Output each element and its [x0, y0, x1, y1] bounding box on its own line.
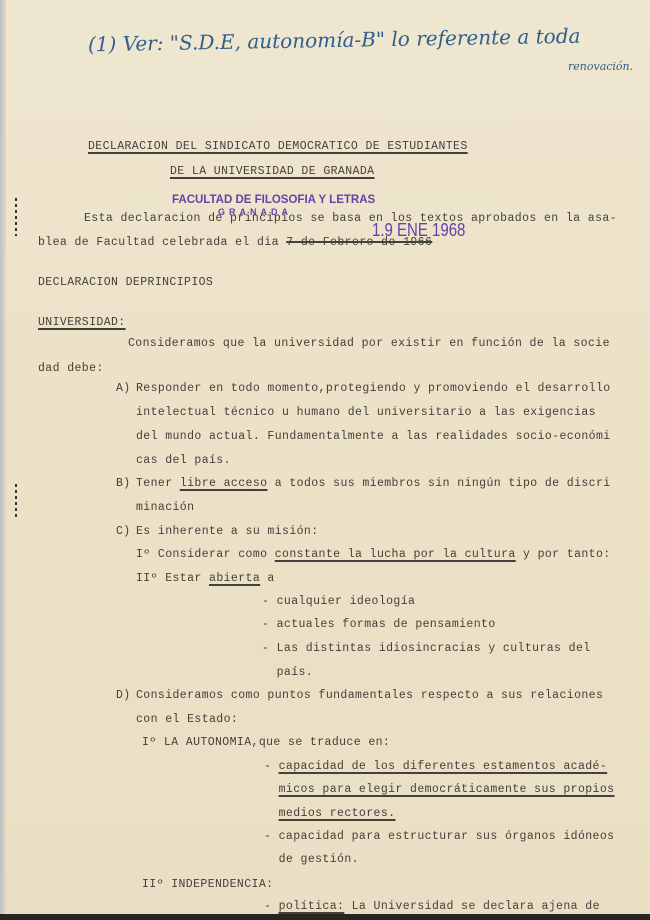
document-title-line1: DECLARACION DEL SINDICATO DEMOCRATICO DE…: [88, 140, 468, 153]
item-d-line: con el Estado:: [136, 713, 238, 726]
bullet-underlined: política:: [279, 900, 345, 913]
bullet-dash: -: [264, 900, 279, 913]
universidad-lead-cont: dad debe:: [38, 362, 104, 375]
bullet-dash: [264, 853, 279, 866]
bullet-text: de gestión.: [279, 853, 359, 866]
item-c-ii-text: IIº Estar: [136, 572, 209, 585]
autonomia-bullet: - capacidad para estructurar sus órganos…: [264, 830, 614, 843]
intro-line1: Esta declaracion de principios se basa e…: [84, 212, 617, 225]
bullet-text: medios rectores.: [279, 807, 396, 820]
universidad-heading: UNIVERSIDAD:: [38, 316, 126, 329]
item-c-text: Es inherente a su misión:: [136, 525, 319, 538]
bullet-text: La Universidad se declara ajena de: [344, 900, 600, 913]
item-c-i: Iº Considerar como constante la lucha po…: [136, 548, 611, 561]
bullet-text: micos para elegir democráticamente sus p…: [279, 783, 615, 796]
item-c-bullet: - Las distintas idiosincracias y cultura…: [262, 642, 591, 655]
item-c-ii-text: a: [260, 572, 275, 585]
item-c-ii-underlined: abierta: [209, 572, 260, 585]
item-b-underlined: libre acceso: [180, 477, 268, 490]
item-a-line: cas del país.: [136, 454, 231, 467]
autonomia-bullet: de gestión.: [264, 853, 359, 866]
date-stamp: 1.9 ENE 1968: [372, 220, 465, 240]
page-bottom-edge: [0, 914, 650, 920]
autonomia-heading: Iº LA AUTONOMIA,que se traduce en:: [142, 736, 390, 749]
document-page: (1) Ver: "S.D.E, autonomía-B" lo referen…: [0, 0, 650, 920]
item-a-line: Responder en todo momento,protegiendo y …: [136, 382, 611, 395]
section-heading: DECLARACION DEPRINCIPIOS: [38, 276, 213, 289]
item-b-line2: minación: [136, 501, 194, 514]
punch-hole-mark: [15, 484, 17, 520]
item-c-label: C): [116, 525, 131, 538]
autonomia-bullet: - capacidad de los diferentes estamentos…: [264, 760, 607, 773]
item-a-line: intelectual técnico u humano del univers…: [136, 406, 596, 419]
handwritten-note: (1) Ver: "S.D.E, autonomía-B" lo referen…: [88, 24, 581, 57]
item-c-i-text: y por tanto:: [516, 548, 611, 561]
punch-hole-mark: [15, 198, 17, 236]
item-c-bullet: - cualquier ideología: [262, 595, 415, 608]
bullet-text: capacidad de los diferentes estamentos a…: [279, 760, 608, 773]
document-title-line2: DE LA UNIVERSIDAD DE GRANADA: [170, 165, 374, 178]
intro-line2-prefix: blea de Facultad celebrada el dia: [38, 236, 286, 249]
autonomia-bullet: medios rectores.: [264, 807, 395, 820]
bullet-dash: [264, 807, 279, 820]
item-b-text: Tener: [136, 477, 180, 490]
item-c-ii: IIº Estar abierta a: [136, 572, 275, 585]
item-a-line: del mundo actual. Fundamentalmente a las…: [136, 430, 611, 443]
independencia-heading: IIº INDEPENDENCIA:: [142, 878, 273, 891]
item-b-label: B): [116, 477, 131, 490]
item-c-bullet: país.: [262, 666, 313, 679]
item-a-label: A): [116, 382, 131, 395]
faculty-stamp: FACULTAD DE FILOSOFIA Y LETRAS: [172, 194, 375, 206]
item-b-text: a todos sus miembros sin ningún tipo de …: [267, 477, 610, 490]
item-c-i-text: Iº Considerar como: [136, 548, 275, 561]
item-c-bullet: - actuales formas de pensamiento: [262, 618, 496, 631]
bullet-dash: -: [264, 760, 279, 773]
bullet-dash: -: [264, 830, 279, 843]
bullet-dash: [264, 783, 279, 796]
item-d-label: D): [116, 689, 131, 702]
universidad-lead: Consideramos que la universidad por exis…: [128, 337, 610, 350]
bullet-text: capacidad para estructurar sus órganos i…: [279, 830, 615, 843]
independencia-bullet: - política: La Universidad se declara aj…: [264, 900, 600, 913]
handwritten-note-cont: renovación.: [568, 60, 633, 73]
item-c-i-underlined: constante la lucha por la cultura: [275, 548, 516, 561]
autonomia-bullet: micos para elegir democráticamente sus p…: [264, 783, 614, 796]
page-edge: [0, 0, 6, 920]
item-b-line: Tener libre acceso a todos sus miembros …: [136, 477, 611, 490]
item-d-line: Consideramos como puntos fundamentales r…: [136, 689, 603, 702]
